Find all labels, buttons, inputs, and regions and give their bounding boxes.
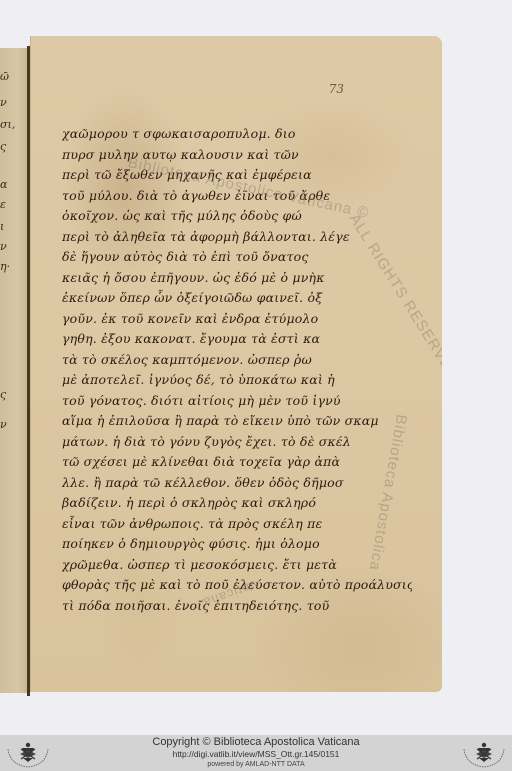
copyright-footer: Copyright © Biblioteca Apostolica Vatica… [0,735,512,771]
text-line: λλε. ἢ παρὰ τῶ κέλλεθον. ὅθεν ὀδὸς δῆμοσ [62,473,412,494]
prev-page-fragment: ς [0,388,6,401]
text-line: δὲ ἥγουν αὐτὸς διὰ τὸ ἐπὶ τοῦ ὄνατος [62,247,412,268]
text-line: αἵμα ἡ ἐπιλοῦσα ἢ παρὰ τὸ εἴκειν ὑπὸ τῶν… [62,411,412,432]
prev-page-fragment: η· [0,260,10,273]
text-line: μὲ ἀποτελεῖ. ἰγνύος δέ, τὸ ὑποκάτω καὶ ἡ [62,370,412,391]
vatican-library-seal-icon [458,737,510,769]
text-line: πυρσ μυλην αυτῳ καλουσιν καὶ τῶν [62,145,412,166]
text-line: γηθη. ἐξου κακονατ. ἔγουμα τὰ ἐστὶ κα [62,329,412,350]
prev-page-fragment: ν [0,96,7,109]
text-line: χρῶμεθα. ὠσπερ τὶ μεσοκόσμεις. ἔτι μετὰ [62,555,412,576]
prev-page-fragment: ε [0,198,6,211]
manuscript-url: http://digi.vatlib.it/view/MSS_Ott.gr.14… [0,749,512,760]
prev-page-fragment: σι, [0,118,15,131]
text-line: τοῦ γόνατος. διότι αἰτίοις μὴ μὲν τοῦ ἰγ… [62,391,412,412]
prev-page-fragment: ι [0,220,4,233]
prev-page-fragment: α [0,178,7,191]
manuscript-text: χαῶμορου τ σφωκαισαροπυλομ. διο πυρσ μυλ… [62,124,412,616]
text-line: χαῶμορου τ σφωκαισαροπυλομ. διο [62,124,412,145]
text-line: ποίηκεν ὁ δημιουργὸς φύσις. ἡμι ὀλομο [62,534,412,555]
text-line: ἐκείνων ὅπερ ὧν ὀξείγοιῶδω φαινεῖ. ὀξ [62,288,412,309]
text-line: μάτων. ἡ διὰ τὸ γόνυ ζυγὸς ἔχει. τὸ δὲ σ… [62,432,412,453]
prev-page-fragment: ς [0,140,6,153]
folio-number: 73 [329,82,344,96]
text-line: τὰ τὸ σκέλος καμπτόμενον. ὠσπερ ῥω [62,350,412,371]
powered-by: powered by AMLAD-NTT DATA [0,760,512,770]
footer-text: Copyright © Biblioteca Apostolica Vatica… [0,736,512,770]
text-line: γοῦν. ἐκ τοῦ κονεῖν καὶ ἐνδρα ἐτύμολο [62,309,412,330]
previous-page-edge: ῶ ν σι, ς α ε ι ν η· ς ν [0,48,29,693]
prev-page-fragment: ν [0,418,7,431]
prev-page-fragment: ῶ [0,70,9,83]
text-line: κειᾶς ἠ ὄσου ἐπῆγουν. ὡς ἐδό μὲ ὁ μνὴκ [62,268,412,289]
text-line: εἶναι τῶν ἀνθρωποις. τὰ πρὸς σκέλη πε [62,514,412,535]
text-line: τῶ σχέσει μὲ κλίνεθαι διὰ τοχεῖα γὰρ ἀπὰ [62,452,412,473]
text-line: βαδίζειν. ἡ περὶ ὁ σκληρὸς καὶ σκληρό [62,493,412,514]
copyright-notice: Copyright © Biblioteca Apostolica Vatica… [0,736,512,749]
prev-page-fragment: ν [0,240,7,253]
image-viewer[interactable]: ῶ ν σι, ς α ε ι ν η· ς ν 73 χαῶμορου τ σ… [0,0,512,735]
manuscript-page: 73 χαῶμορου τ σφωκαισαροπυλομ. διο πυρσ … [30,36,442,692]
